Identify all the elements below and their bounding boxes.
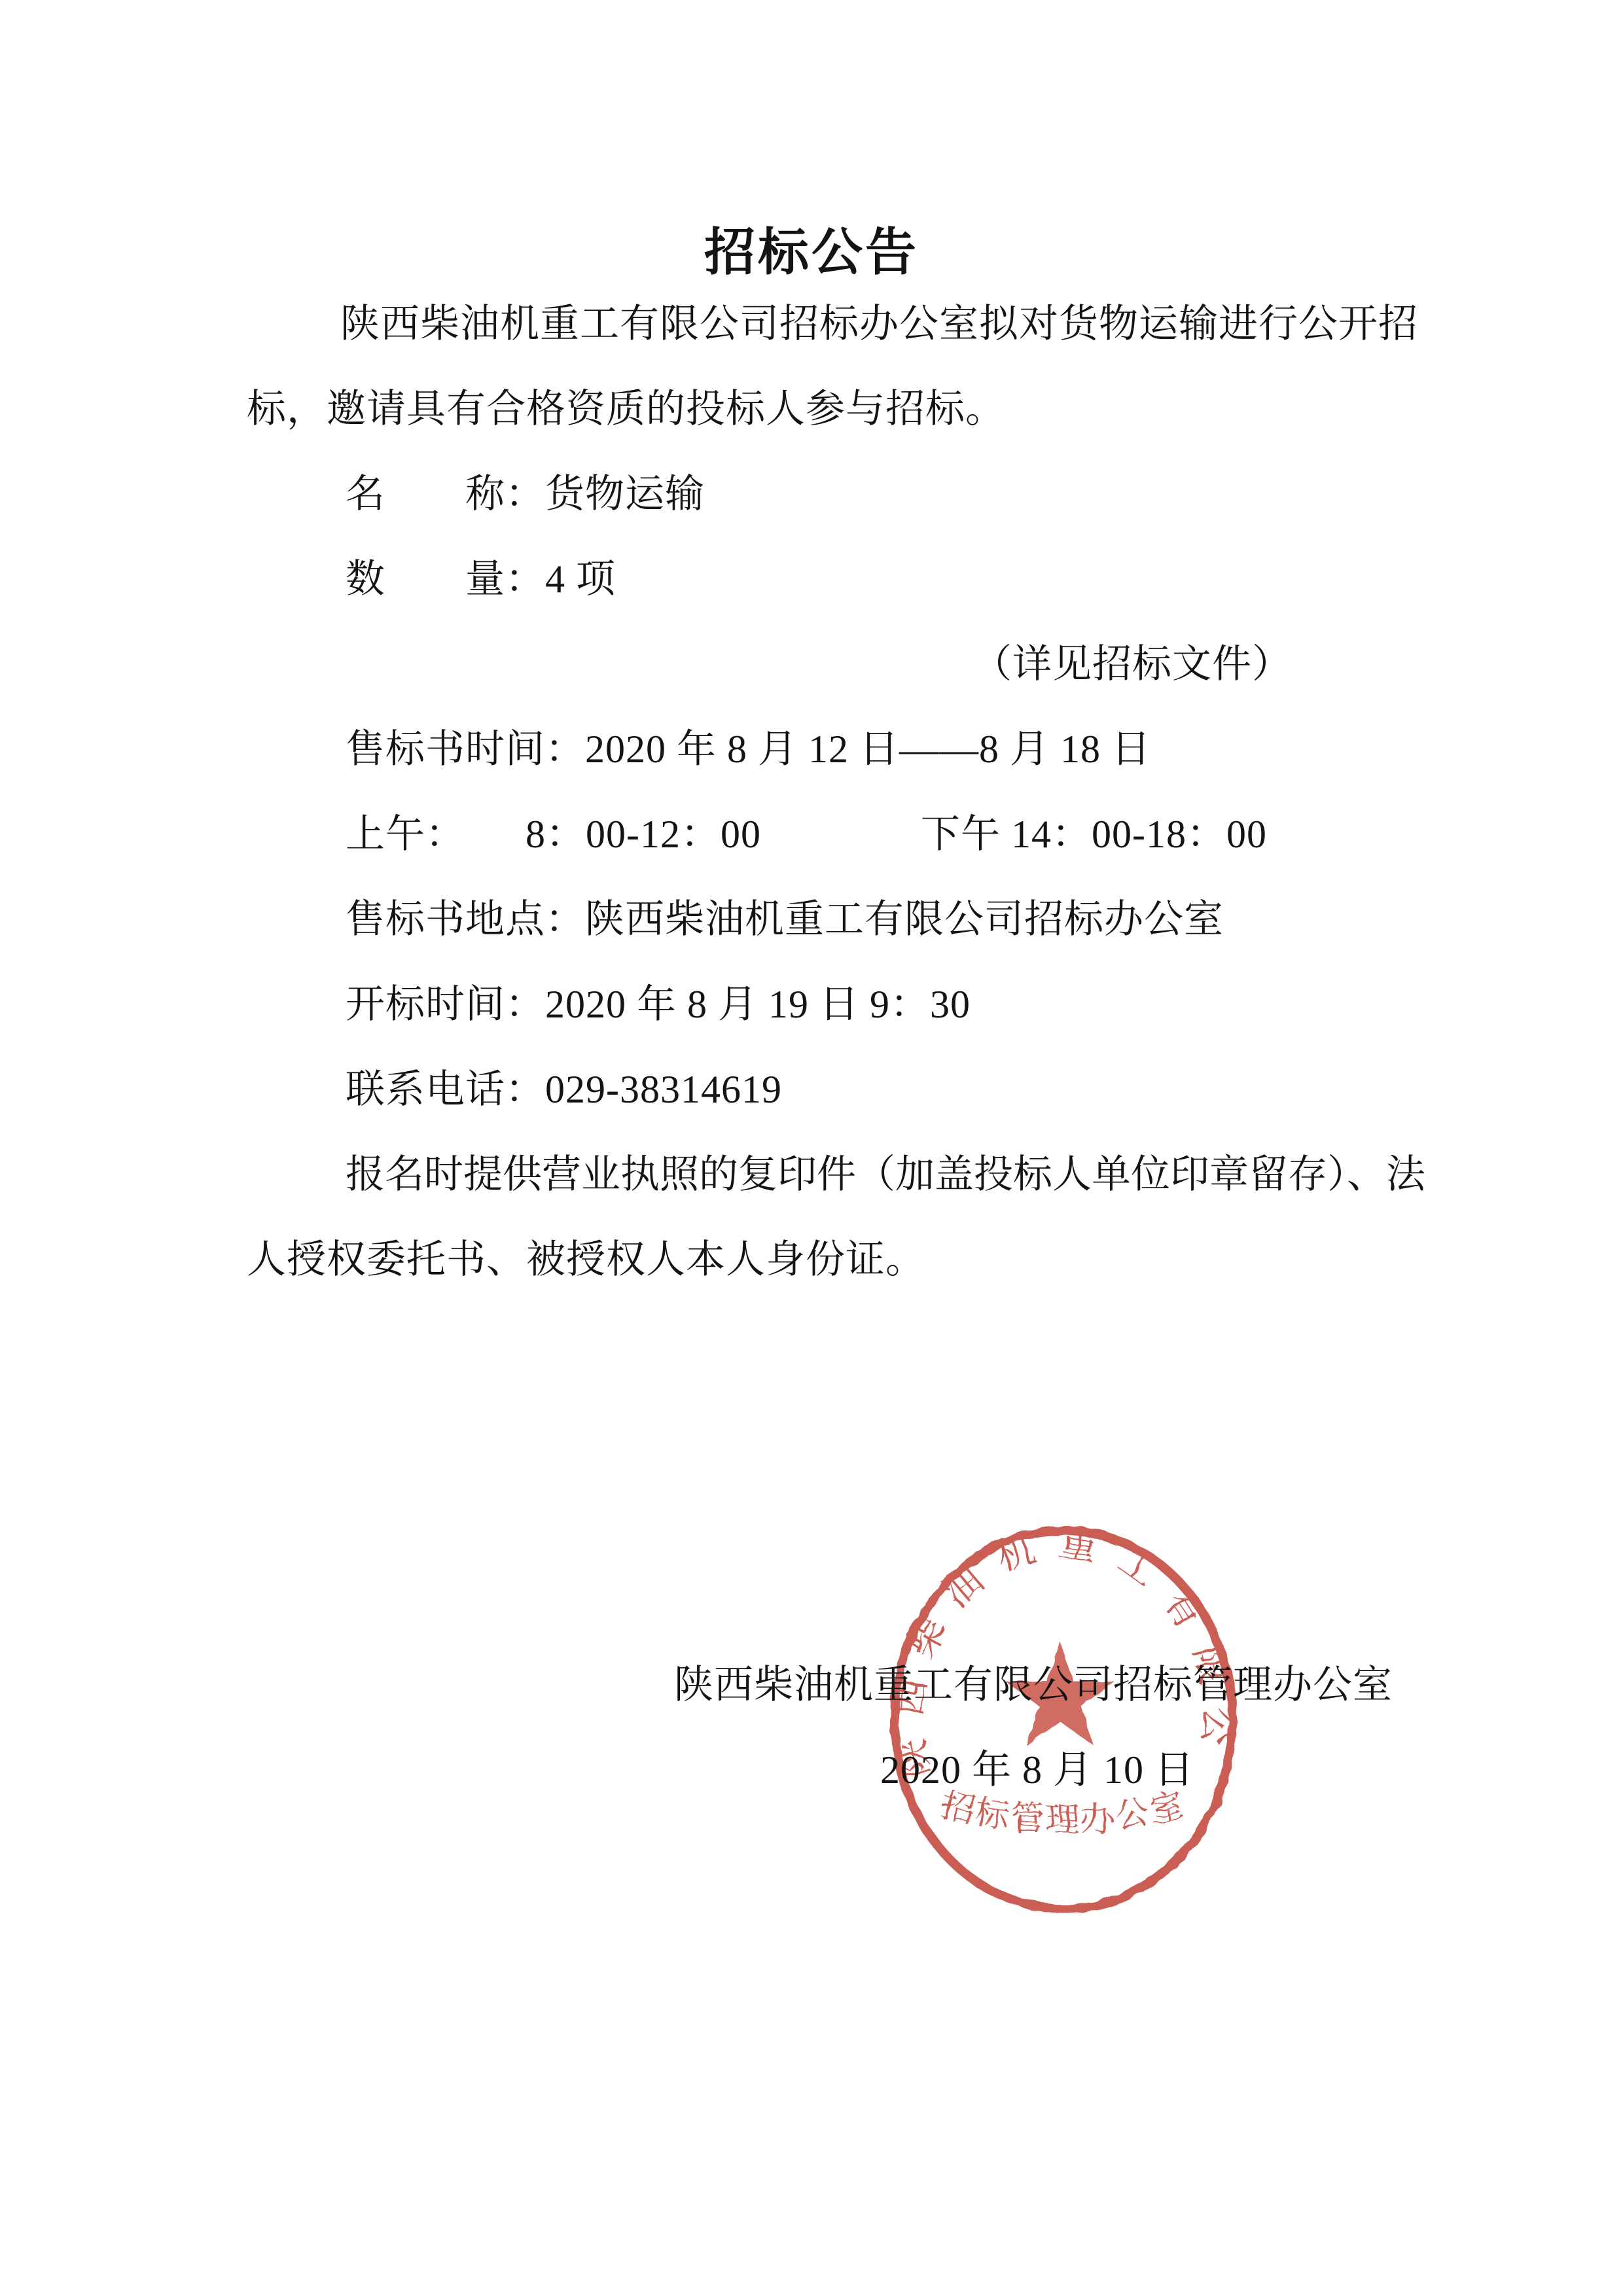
sale-time-line: 售标书时间：2020 年 8 月 12 日——8 月 18 日: [346, 728, 1151, 770]
official-seal: 陕西柴油机重工有限公司 招标管理办公室: [882, 1519, 1246, 1922]
sale-hours-line: 上午： 8：00-12：00 下午 14：00-18：00: [346, 813, 1267, 855]
signature-line: 陕西柴油机重工有限公司招标管理办公室: [674, 1664, 1393, 1706]
intro-line-2: 标，邀请具有合格资质的投标人参与招标。: [247, 388, 1005, 430]
seal-office-text: 招标管理办公室: [937, 1786, 1190, 1839]
sale-location-line: 售标书地点：陕西柴油机重工有限公司招标办公室: [346, 898, 1224, 940]
item-quantity-line: 数 量：4 项: [346, 558, 616, 600]
tender-announcement-page: 招标公告 陕西柴油机重工有限公司招标办公室拟对货物运输进行公开招 标，邀请具有合…: [0, 0, 1623, 2296]
opening-time-line: 开标时间：2020 年 8 月 19 日 9：30: [346, 983, 971, 1025]
contact-phone-line: 联系电话：029-38314619: [346, 1069, 782, 1110]
page-title: 招标公告: [0, 211, 1623, 285]
registration-note-line-2: 人授权委托书、被授权人本人身份证。: [247, 1239, 925, 1280]
registration-note-line-1: 报名时提供营业执照的复印件（加盖投标人单位印章留存）、法: [247, 1154, 1412, 1195]
intro-line-1: 陕西柴油机重工有限公司招标办公室拟对货物运输进行公开招: [247, 303, 1385, 345]
date-line: 2020 年 8 月 10 日: [880, 1749, 1194, 1791]
item-name-line: 名 称：货物运输: [346, 473, 705, 515]
see-tender-docs-line: （详见招标文件）: [972, 643, 1292, 685]
